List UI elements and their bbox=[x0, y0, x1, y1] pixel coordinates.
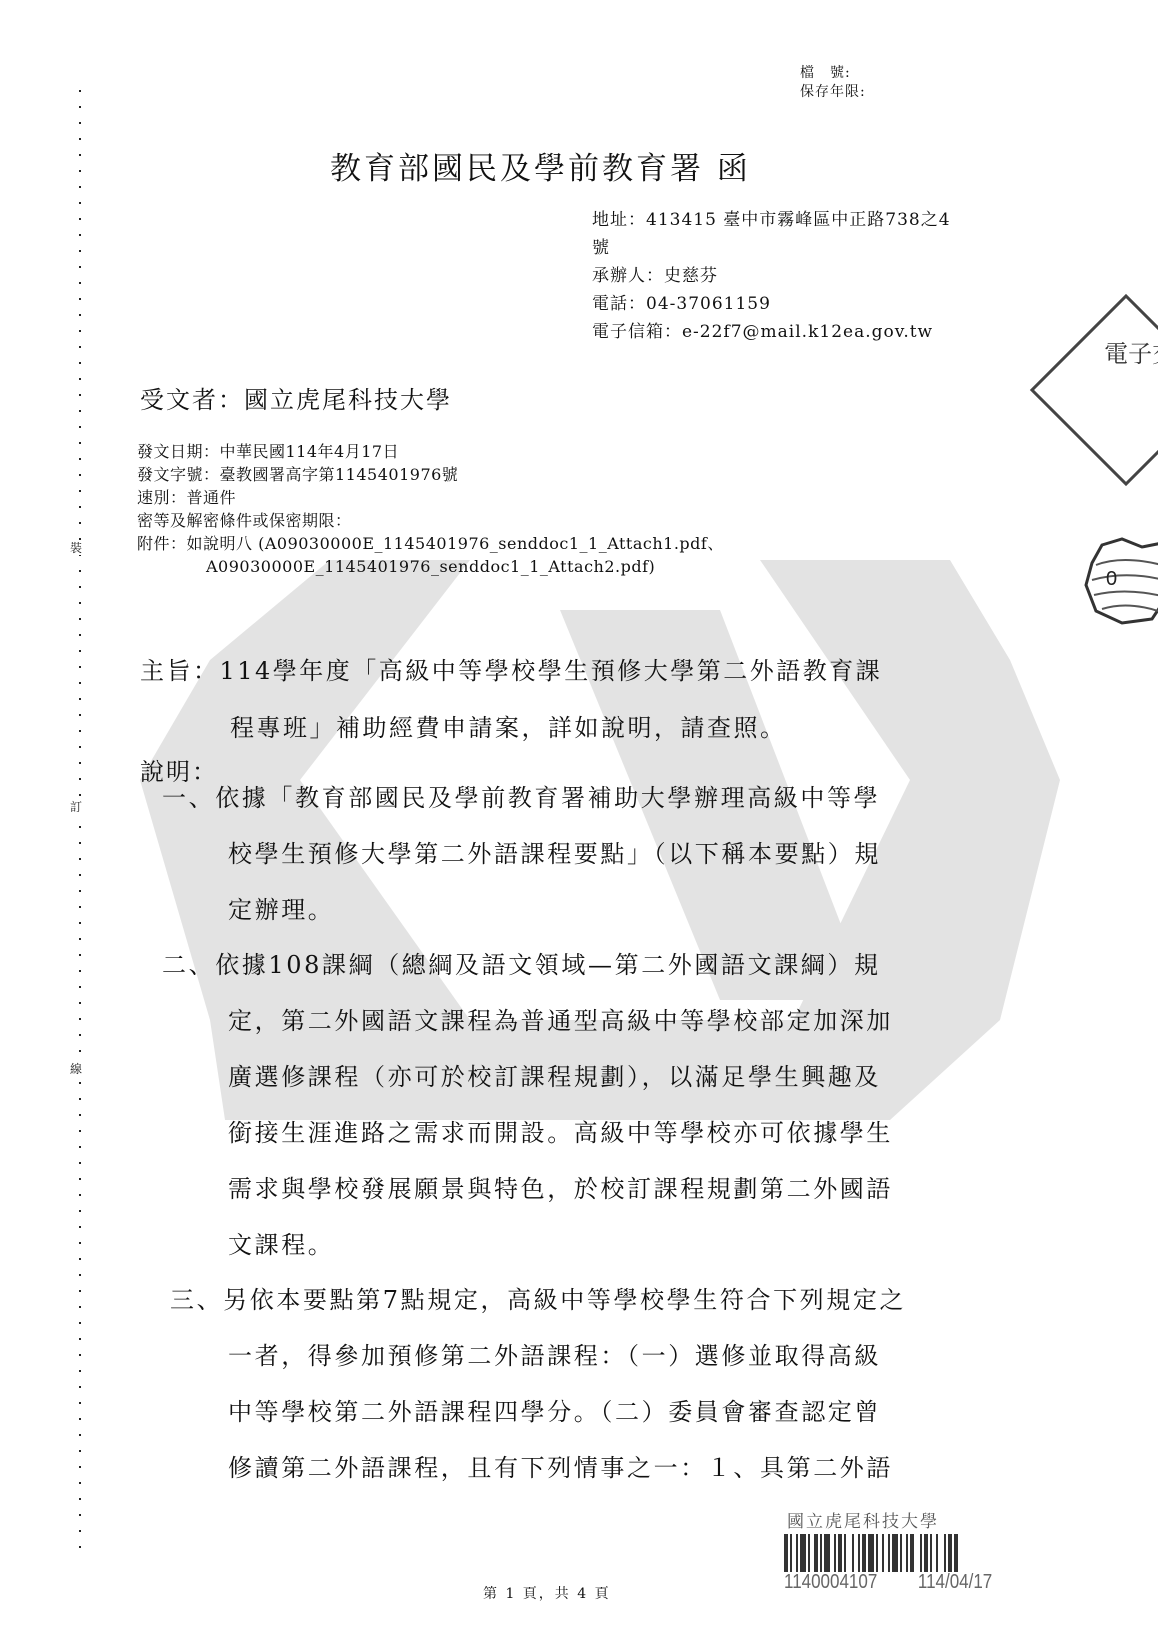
item-line: 定，第二外國語文課程為普通型高級中等學校部定加深加 bbox=[162, 993, 1022, 1049]
margin-dot bbox=[79, 1114, 81, 1116]
margin-dot bbox=[79, 1082, 81, 1084]
page-indicator: 第 1 頁，共 4 頁 bbox=[483, 1583, 611, 1603]
issue-date: 發文日期：中華民國114年4月17日 bbox=[137, 440, 724, 463]
margin-dot bbox=[79, 1354, 81, 1356]
margin-dot bbox=[79, 746, 81, 748]
item-line: 一、依據「教育部國民及學前教育署補助大學辦理高級中等學 bbox=[162, 770, 1022, 826]
margin-dot bbox=[79, 314, 81, 316]
margin-dot bbox=[79, 1242, 81, 1244]
margin-dot bbox=[79, 250, 81, 252]
margin-dot bbox=[79, 106, 81, 108]
address-line-1: 地址：413415 臺中市霧峰區中正路738之4 bbox=[592, 206, 1022, 234]
margin-mark-bind: 裝 bbox=[70, 541, 82, 555]
margin-dot bbox=[79, 218, 81, 220]
item-line: 校學生預修大學第二外語課程要點」（以下稱本要點）規 bbox=[162, 826, 1022, 882]
barcode-organization: 國立虎尾科技大學 bbox=[784, 1512, 1034, 1532]
item-line: 修讀第二外語課程，且有下列情事之一：１、具第二外語 bbox=[170, 1440, 1030, 1496]
email: 電子信箱：e-22f7@mail.k12ea.gov.tw bbox=[592, 318, 1022, 346]
margin-dot bbox=[79, 1290, 81, 1292]
margin-dot bbox=[79, 90, 81, 92]
margin-dot bbox=[79, 586, 81, 588]
item-line: 一者，得參加預修第二外語課程：（一）選修並取得高級 bbox=[170, 1328, 1030, 1384]
margin-dot bbox=[79, 826, 81, 828]
margin-dot bbox=[79, 1034, 81, 1036]
margin-dot bbox=[79, 522, 81, 524]
margin-dot bbox=[79, 1402, 81, 1404]
stamp-number: 0 bbox=[1106, 568, 1117, 591]
margin-dot bbox=[79, 490, 81, 492]
item-line: 需求與學校發展願景與特色，於校訂課程規劃第二外國語 bbox=[162, 1161, 1022, 1217]
barcode-icon bbox=[784, 1534, 1034, 1572]
item-line: 三、另依本要點第7點規定，高級中等學校學生符合下列規定之 bbox=[170, 1272, 1030, 1328]
margin-dot bbox=[79, 1530, 81, 1532]
margin-dot bbox=[79, 1498, 81, 1500]
electronic-exchange-seal: 電子交換 bbox=[1030, 294, 1158, 486]
margin-dot bbox=[79, 1306, 81, 1308]
address-line-2: 號 bbox=[592, 234, 1022, 262]
margin-dot bbox=[79, 858, 81, 860]
margin-dot bbox=[79, 378, 81, 380]
explanation-item-1: 一、依據「教育部國民及學前教育署補助大學辦理高級中等學 校學生預修大學第二外語課… bbox=[162, 770, 1022, 938]
margin-dot bbox=[79, 1338, 81, 1340]
subject-line-1: 主旨：114學年度「高級中等學校學生預修大學第二外語教育課 bbox=[140, 643, 1020, 700]
margin-dot bbox=[79, 890, 81, 892]
margin-dot bbox=[79, 474, 81, 476]
margin-dot bbox=[79, 986, 81, 988]
document-number: 發文字號：臺教國署高字第1145401976號 bbox=[137, 463, 724, 486]
margin-dot bbox=[79, 138, 81, 140]
margin-dot bbox=[79, 970, 81, 972]
margin-dot bbox=[79, 634, 81, 636]
margin-dot bbox=[79, 1146, 81, 1148]
margin-dot bbox=[79, 714, 81, 716]
margin-dot bbox=[79, 330, 81, 332]
subject: 主旨：114學年度「高級中等學校學生預修大學第二外語教育課 程專班」補助經費申請… bbox=[140, 643, 1020, 757]
speed-class: 速別：普通件 bbox=[137, 486, 724, 509]
margin-dot bbox=[79, 410, 81, 412]
retention-period-label: 保存年限: bbox=[800, 83, 866, 102]
margin-dot bbox=[79, 1370, 81, 1372]
barcode-numbers: 1140004107 114/04/17 bbox=[784, 1571, 992, 1594]
margin-dot bbox=[79, 458, 81, 460]
margin-dot bbox=[79, 298, 81, 300]
margin-dot bbox=[79, 650, 81, 652]
margin-dot bbox=[79, 906, 81, 908]
explanation-item-2: 二、依據108課綱（總綱及語文領域—第二外國語文課綱）規 定，第二外國語文課程為… bbox=[162, 937, 1022, 1273]
margin-mark-line: 線 bbox=[70, 1062, 82, 1076]
margin-dot bbox=[79, 362, 81, 364]
margin-dot bbox=[79, 1450, 81, 1452]
item-line: 廣選修課程（亦可於校訂課程規劃），以滿足學生興趣及 bbox=[162, 1049, 1022, 1105]
margin-dot bbox=[79, 538, 81, 540]
margin-dot bbox=[79, 794, 81, 796]
document-title: 教育部國民及學前教育署 函 bbox=[330, 143, 751, 188]
margin-dot bbox=[79, 1178, 81, 1180]
margin-dot bbox=[79, 1514, 81, 1516]
margin-dot bbox=[79, 618, 81, 620]
margin-dot bbox=[79, 730, 81, 732]
margin-dot bbox=[79, 1226, 81, 1228]
item-line: 中等學校第二外語課程四學分。（二）委員會審查認定曾 bbox=[170, 1384, 1030, 1440]
item-line: 文課程。 bbox=[162, 1217, 1022, 1273]
margin-dot bbox=[79, 266, 81, 268]
margin-dot bbox=[79, 122, 81, 124]
barcode-block: 國立虎尾科技大學 1140004107 114/04/17 bbox=[784, 1512, 1034, 1594]
margin-dot bbox=[79, 234, 81, 236]
confidentiality: 密等及解密條件或保密期限： bbox=[137, 509, 724, 532]
margin-dot bbox=[79, 186, 81, 188]
margin-dot bbox=[79, 778, 81, 780]
receipt-stamp-icon bbox=[1082, 535, 1158, 625]
margin-dot bbox=[79, 170, 81, 172]
handler: 承辦人：史慈芬 bbox=[592, 262, 1022, 290]
margin-dot bbox=[79, 1418, 81, 1420]
margin-dot bbox=[79, 1274, 81, 1276]
margin-dot bbox=[79, 1210, 81, 1212]
margin-dot bbox=[79, 570, 81, 572]
item-line: 銜接生涯進路之需求而開設。高級中等學校亦可依據學生 bbox=[162, 1105, 1022, 1161]
margin-dot bbox=[79, 938, 81, 940]
phone: 電話：04-37061159 bbox=[592, 290, 1022, 318]
margin-dot bbox=[79, 842, 81, 844]
margin-dot bbox=[79, 1482, 81, 1484]
margin-dot bbox=[79, 1098, 81, 1100]
margin-dot bbox=[79, 202, 81, 204]
margin-dot bbox=[79, 442, 81, 444]
item-line: 二、依據108課綱（總綱及語文領域—第二外國語文課綱）規 bbox=[162, 937, 1022, 993]
archive-number-label: 檔 號: bbox=[800, 64, 866, 83]
file-meta: 檔 號: 保存年限: bbox=[800, 64, 866, 102]
margin-dot bbox=[79, 922, 81, 924]
margin-dot bbox=[79, 506, 81, 508]
attachment-link-2[interactable]: A09030000E_1145401976_senddoc1_1_Attach2… bbox=[137, 555, 724, 578]
document-meta: 發文日期：中華民國114年4月17日 發文字號：臺教國署高字第114540197… bbox=[137, 440, 724, 578]
seal-text: 電子交換 bbox=[1104, 341, 1158, 367]
item-line: 定辦理。 bbox=[162, 882, 1022, 938]
margin-dot bbox=[79, 154, 81, 156]
barcode-bar bbox=[958, 1534, 960, 1572]
margin-dot bbox=[79, 394, 81, 396]
barcode-number: 1140004107 bbox=[784, 1571, 877, 1594]
margin-mark-staple: 訂 bbox=[70, 800, 82, 814]
margin-dot bbox=[79, 426, 81, 428]
margin-dot bbox=[79, 602, 81, 604]
margin-dot bbox=[79, 954, 81, 956]
margin-dot bbox=[79, 698, 81, 700]
explanation-item-3: 三、另依本要點第7點規定，高級中等學校學生符合下列規定之 一者，得參加預修第二外… bbox=[170, 1272, 1030, 1496]
margin-dot bbox=[79, 1322, 81, 1324]
margin-dot bbox=[79, 1194, 81, 1196]
margin-dot bbox=[79, 1546, 81, 1548]
margin-dot bbox=[79, 762, 81, 764]
subject-line-2: 程專班」補助經費申請案，詳如說明，請查照。 bbox=[140, 700, 1020, 757]
margin-dot bbox=[79, 1162, 81, 1164]
margin-dot bbox=[79, 1018, 81, 1020]
margin-dot bbox=[79, 666, 81, 668]
recipient: 受文者：國立虎尾科技大學 bbox=[140, 380, 452, 415]
margin-dot bbox=[79, 1386, 81, 1388]
margin-dot bbox=[79, 1258, 81, 1260]
barcode-date: 114/04/17 bbox=[918, 1571, 992, 1594]
contact-info: 地址：413415 臺中市霧峰區中正路738之4 號 承辦人：史慈芬 電話：04… bbox=[592, 206, 1022, 346]
margin-dot bbox=[79, 346, 81, 348]
margin-dot bbox=[79, 874, 81, 876]
binding-margin-dots bbox=[79, 90, 85, 1560]
margin-dot bbox=[79, 1002, 81, 1004]
margin-dot bbox=[79, 1130, 81, 1132]
margin-dot bbox=[79, 1050, 81, 1052]
margin-dot bbox=[79, 1434, 81, 1436]
margin-dot bbox=[79, 282, 81, 284]
margin-dot bbox=[79, 682, 81, 684]
margin-dot bbox=[79, 1466, 81, 1468]
attachment-link-1[interactable]: 附件：如說明八 (A09030000E_1145401976_senddoc1_… bbox=[137, 532, 724, 555]
